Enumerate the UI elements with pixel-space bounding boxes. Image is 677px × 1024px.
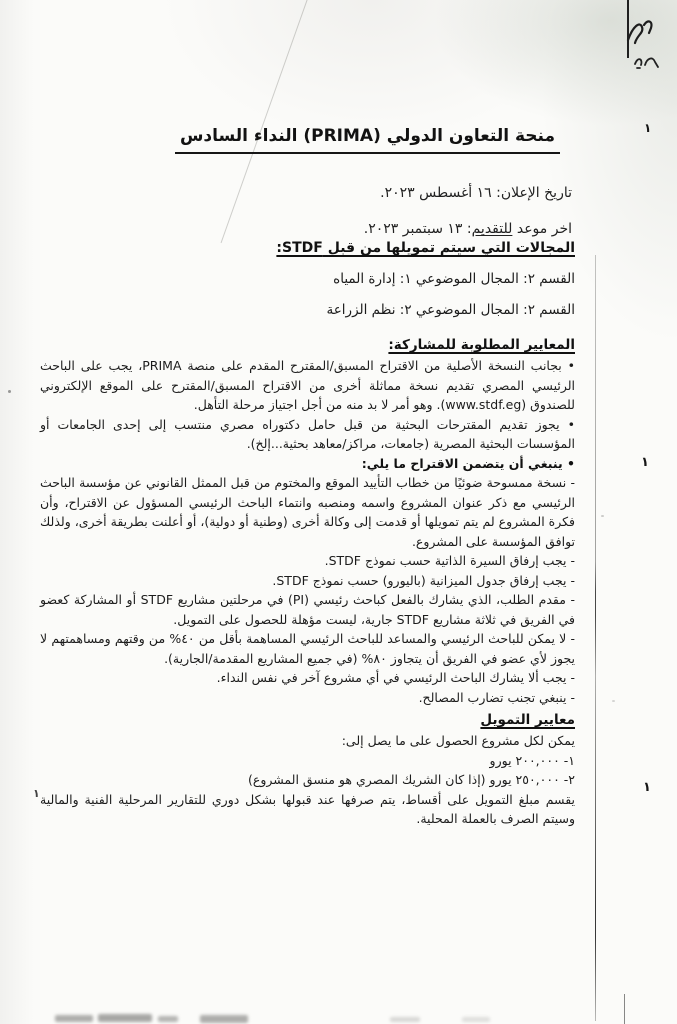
scanned-document-page: ١ ١ ١ ١ منحة التعاون الدولي (PRIMA) الند… bbox=[0, 0, 677, 1024]
funding-closing: يقسم مبلغ التمويل على أقساط، يتم صرفها ع… bbox=[40, 790, 575, 829]
criteria-item: - يجب إرفاق السيرة الذاتية حسب نموذج STD… bbox=[40, 551, 575, 571]
scan-smudge bbox=[98, 1014, 152, 1022]
criteria-item: - لا يمكن للباحث الرئيسي والمساعد للباحث… bbox=[40, 629, 575, 668]
submission-deadline-line: اخر موعد للتقديم: ١٣ سبتمبر ٢٠٢٣. bbox=[364, 221, 572, 237]
diagonal-fold-crease bbox=[221, 0, 309, 243]
ink-dot bbox=[8, 390, 11, 393]
document-title: منحة التعاون الدولي (PRIMA) النداء الساد… bbox=[175, 126, 560, 154]
deadline-prefix: اخر موعد bbox=[512, 221, 572, 237]
criteria-item: • بجانب النسخة الأصلية من الاقتراح المسب… bbox=[40, 356, 575, 415]
handwritten-tick-icon: ١ bbox=[641, 456, 649, 469]
funding-intro: يمكن لكل مشروع الحصول على ما يصل إلى: bbox=[40, 731, 575, 751]
section-heading-funding-criteria: معايير التمويل bbox=[40, 712, 575, 728]
scan-smudge bbox=[200, 1015, 248, 1023]
deadline-word: للتقديم bbox=[472, 221, 513, 237]
vertical-fold-crease bbox=[595, 255, 596, 1021]
funding-amount: ٢- ٢٥٠,٠٠٠ يورو (إذا كان الشريك المصري ه… bbox=[40, 770, 575, 790]
criteria-item: - ينبغي تجنب تضارب المصالح. bbox=[40, 688, 575, 708]
criteria-item: • ينبغي أن يتضمن الاقتراح ما يلي: bbox=[40, 454, 575, 474]
handwritten-tick-icon: ١ bbox=[33, 788, 40, 799]
funded-field-line: القسم ٢: المجال الموضوعي ٢: نظم الزراعة bbox=[276, 302, 575, 318]
criteria-item: - مقدم الطلب، الذي يشارك بالفعل كباحث رئ… bbox=[40, 590, 575, 629]
funding-amount: ١- ٢٠٠,٠٠٠ يورو bbox=[40, 751, 575, 771]
scan-edge-line-top bbox=[627, 0, 629, 58]
scan-smudge bbox=[462, 1017, 490, 1022]
ink-dot bbox=[612, 700, 615, 702]
scan-smudge bbox=[390, 1017, 420, 1022]
ink-dot bbox=[601, 515, 604, 517]
section-heading-funded-fields: المجالات التي سيتم تمويلها من قبل STDF: bbox=[276, 240, 575, 256]
funded-field-line: القسم ٢: المجال الموضوعي ١: إدارة المياه bbox=[276, 271, 575, 287]
criteria-item: - نسخة ممسوحة ضوئيًا من خطاب التأييد الم… bbox=[40, 473, 575, 551]
criteria-item: - يجب إرفاق جدول الميزانية (باليورو) حسب… bbox=[40, 571, 575, 591]
document-body: المعايير المطلوبة للمشاركة: • بجانب النس… bbox=[40, 336, 575, 829]
handwritten-tick-icon: ١ bbox=[643, 781, 651, 794]
handwritten-scribble-icon bbox=[624, 16, 658, 48]
handwritten-scribble-icon bbox=[632, 50, 662, 72]
handwritten-tick-icon: ١ bbox=[644, 122, 651, 134]
scan-smudge bbox=[55, 1015, 93, 1022]
scan-smudge bbox=[158, 1016, 178, 1022]
announcement-date-line: تاريخ الإعلان: ١٦ أغسطس ٢٠٢٣. bbox=[380, 185, 572, 201]
criteria-item: - يجب ألا يشارك الباحث الرئيسي في أي مشر… bbox=[40, 668, 575, 688]
section-heading-participation-criteria: المعايير المطلوبة للمشاركة: bbox=[40, 337, 575, 353]
deadline-date: : ١٣ سبتمبر ٢٠٢٣. bbox=[364, 221, 472, 237]
criteria-item: • يجوز تقديم المقترحات البحثية من قبل حا… bbox=[40, 415, 575, 454]
scan-edge-line-bottom bbox=[624, 994, 625, 1024]
funded-fields-section: المجالات التي سيتم تمويلها من قبل STDF: … bbox=[276, 240, 575, 318]
